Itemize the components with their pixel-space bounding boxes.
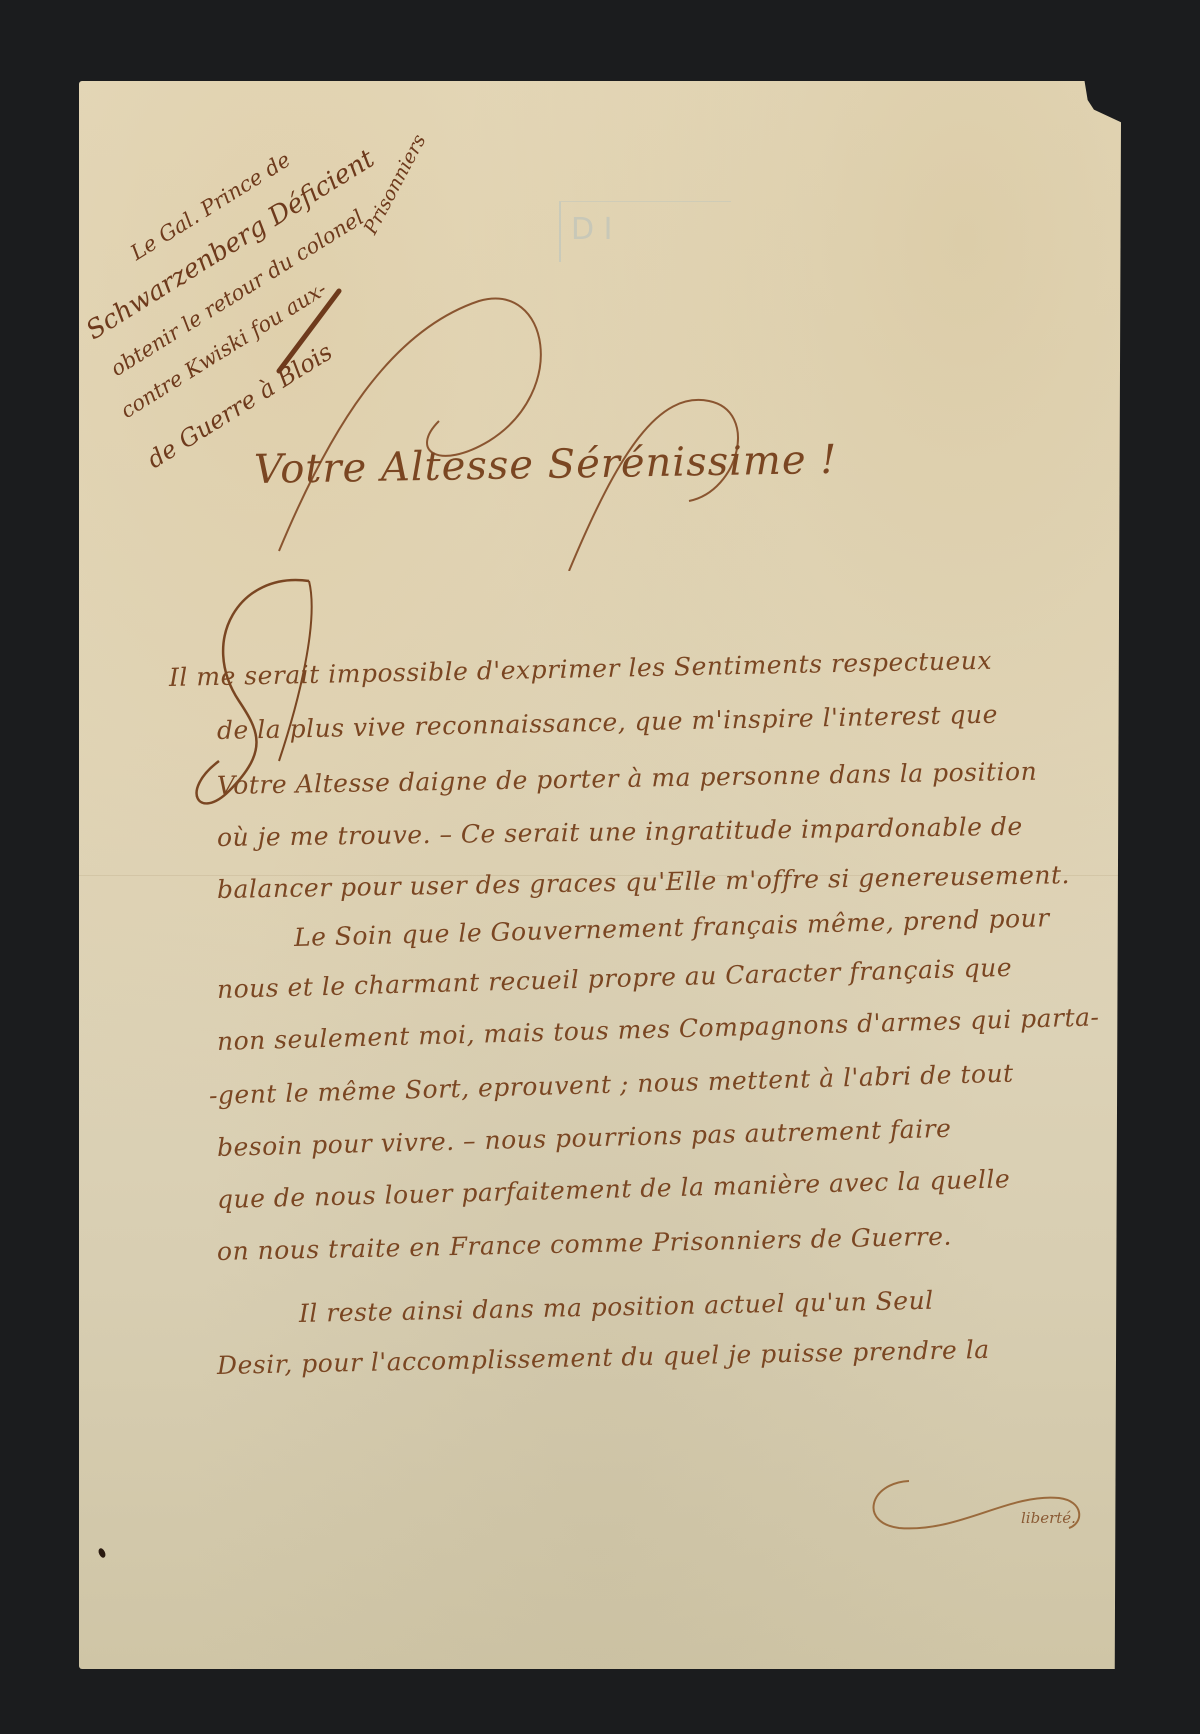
- salutation: Votre Altesse Sérénissime !: [254, 437, 838, 493]
- body-line-5: balancer pour user des graces qu'Elle m'…: [217, 860, 1070, 904]
- body-line-8: non seulement moi, mais tous mes Compagn…: [217, 1002, 1100, 1056]
- body-line-9: -gent le même Sort, eprouvent ; nous met…: [209, 1059, 1014, 1110]
- catchword: liberté.: [1021, 1509, 1076, 1527]
- body-line-6: Le Soin que le Gouvernement français mêm…: [294, 903, 1050, 952]
- stamp-text: D I: [571, 212, 612, 247]
- body-line-7: nous et le charmant recueil propre au Ca…: [217, 953, 1013, 1004]
- ink-speck: [97, 1547, 107, 1559]
- margin-annotation-line-6: Prisonniers: [360, 131, 431, 238]
- body-line-3: Votre Altesse daigne de porter à ma pers…: [217, 757, 1038, 800]
- body-line-4: où je me trouve. – Ce serait une ingrati…: [217, 812, 1023, 852]
- body-line-12: on nous traite en France comme Prisonnie…: [217, 1222, 952, 1266]
- body-line-10: besoin pour vivre. – nous pourrions pas …: [217, 1114, 952, 1162]
- archive-stamp: D I: [559, 201, 731, 262]
- body-line-13: Il reste ainsi dans ma position actuel q…: [299, 1286, 934, 1328]
- letter-paper: D I Le Gal. Prince de Schwarzenberg Défi…: [79, 81, 1121, 1669]
- body-line-2: de la plus vive reconnaissance, que m'in…: [217, 700, 998, 745]
- body-line-11: que de nous louer parfaitement de la man…: [217, 1164, 1011, 1214]
- body-line-14: Desir, pour l'accomplissement du quel je…: [217, 1335, 990, 1380]
- body-line-1: Il me serait impossible d'exprimer les S…: [169, 646, 993, 692]
- catchword-flourish: [859, 1473, 1099, 1543]
